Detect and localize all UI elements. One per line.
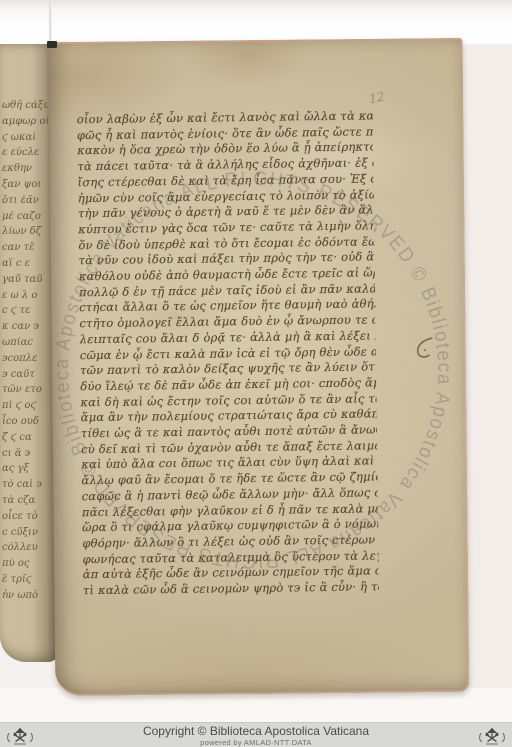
facing-page-line: τὸ ϲαὶ ϶ <box>2 477 48 493</box>
facing-page-line: οἶϲε τὸ <box>2 509 48 525</box>
facing-page-line: ε ω λ ο <box>2 288 48 304</box>
binding-clip-mark <box>47 41 57 48</box>
binding-seam <box>49 0 52 44</box>
facing-page-line: ϶ϲοπλε <box>2 351 48 367</box>
footer-copyright: Copyright © Biblioteca Apostolica Vatica… <box>40 725 472 737</box>
facing-page-line: ἦν ωπὸ <box>2 588 48 598</box>
facing-page-line: γαῦ ταῦ <box>2 272 48 288</box>
facing-page-line: ε εὐϲλε <box>2 145 48 161</box>
facing-page-line: λίων δζ <box>2 224 48 240</box>
facing-page-line: ϲ ϲῦξιν <box>2 525 48 541</box>
facing-page-text-fragments: ωθῆ ϲάξυαμφωρ οἱϛ ωκαὶε εὐϲλεεκθηνξαν ψο… <box>2 98 48 598</box>
footer-powered-by: powered by AMLAD·NTT DATA <box>40 739 472 747</box>
facing-page-line: αἳ ϲ ε <box>2 256 48 272</box>
vatican-library-emblem-left-icon <box>3 725 37 747</box>
facing-page-line: ϲόλλευ <box>2 540 48 556</box>
facing-page-line: ζ ϛ ϲα <box>2 430 48 446</box>
manuscript-text-block: οἷον λαβὼν ἐξ ὧν καὶ ἔϲτι λανὸς καὶ ὤλλα… <box>77 108 379 604</box>
facing-page-line: ωπίαϲ <box>2 335 48 351</box>
facing-page-line: ας γξ <box>2 461 48 477</box>
facing-page-line: ὅτι ἐᾶν <box>2 193 48 209</box>
marginal-pen-mark <box>414 336 436 362</box>
vatican-library-emblem-right-icon <box>475 725 509 747</box>
facing-page-line: ϛ ωκαὶ <box>2 130 48 146</box>
facing-page-line: πὶ ϛ οϛ <box>2 398 48 414</box>
facing-page-line: ϲι ἃ ϶ <box>2 446 48 462</box>
facing-page-line: ϶ ϲαῦτ <box>2 367 48 383</box>
manuscript-line: τὶ καλὰ ϲῶν ὧδ ἃ ϲεινομὼν ψηρὸ τ϶ ἰϲ ἃ ϲ… <box>83 579 379 599</box>
facing-page-line: αμφωρ οἱ <box>2 114 48 130</box>
facing-page-line: ἒ τρῖϛ <box>2 572 48 588</box>
facing-page-line: μὲ ϲαζο <box>2 209 48 225</box>
facing-page-line: ϲαν τἕ <box>2 240 48 256</box>
facing-page-line: ξαν ψοι <box>2 177 48 193</box>
facing-page-line: εκθην <box>2 161 48 177</box>
footer-bar: Copyright © Biblioteca Apostolica Vatica… <box>0 722 512 747</box>
footer-text: Copyright © Biblioteca Apostolica Vatica… <box>40 724 472 747</box>
facing-page-line: πύ ος <box>2 556 48 572</box>
facing-page-line: τῶν ετο <box>2 382 48 398</box>
facing-page-line: ἶϲο ουδ <box>2 414 48 430</box>
facing-page-line: κ ϲαν ϶ <box>2 319 48 335</box>
facing-page-line: c ϛ τε <box>2 303 48 319</box>
folio-number: 12 <box>368 89 386 106</box>
facing-page-line: τὰ ϲζα <box>2 493 48 509</box>
facing-page-line: ωθῆ ϲάξυ <box>2 98 48 114</box>
manuscript-page: 12 οἷον λαβὼν ἐξ ὧν καὶ ἔϲτι λανὸς καὶ ὤ… <box>49 38 470 696</box>
